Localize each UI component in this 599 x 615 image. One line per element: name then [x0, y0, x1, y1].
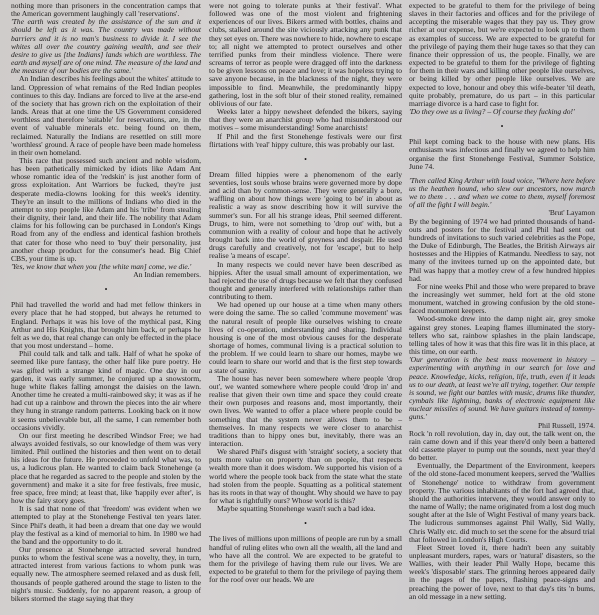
paragraph: We had opened up our house at a time whe…: [209, 301, 402, 374]
paragraph: For nine weeks Phil and those who were p…: [409, 283, 595, 316]
paragraph: Dream filled hippies were a phenomenom o…: [209, 171, 402, 261]
paragraph: expected to be grateful to them for the …: [409, 2, 595, 108]
paragraph: We shared Phil's disgust with 'straight'…: [209, 448, 402, 505]
paragraph: Phil had travelled the world and had met…: [11, 301, 201, 350]
section-separator-bullet: •: [209, 149, 402, 171]
book-page: nothing more than prisoners in the conce…: [0, 0, 599, 615]
paragraph: The house has never been somewhere where…: [209, 375, 402, 448]
paragraph: Fleet Street loved it, there hadn't been…: [409, 544, 595, 601]
column-left: nothing more than prisoners in the conce…: [11, 2, 201, 603]
paragraph: Phil kept coming back to the house with …: [409, 138, 595, 171]
paragraph: If Phil and the first Stonehenge festiva…: [209, 133, 402, 149]
paragraph: Rock 'n roll revolution, day in, day out…: [409, 430, 595, 463]
paragraph: Weeks later a hippy newsheet defended th…: [209, 108, 402, 132]
section-separator-bullet: •: [11, 279, 201, 301]
block-quote: 'The earth was created by the assistance…: [11, 18, 201, 75]
paragraph: This race that possessed such ancient an…: [11, 157, 201, 263]
section-separator-bullet: •: [209, 513, 402, 535]
column-middle: were not going to tolerate punks at 'the…: [209, 2, 402, 584]
block-quote: 'Do they owe us a living? – Of course th…: [409, 108, 595, 116]
paragraph: It is sad that none of that 'freedom' wa…: [11, 505, 201, 546]
paragraph: By the beginning of 1974 we had printed …: [409, 218, 595, 283]
paragraph: were not going to tolerate punks at 'the…: [209, 2, 402, 108]
block-quote: 'Our generation is the best mass movemen…: [409, 356, 595, 421]
paragraph: The lives of millions upon millions of p…: [209, 535, 402, 584]
paragraph: Wood-smoke drew into the damp night air,…: [409, 315, 595, 356]
paragraph: Our presence at Stonehenge attracted sev…: [11, 546, 201, 603]
paragraph: In many respects we could never have bee…: [209, 261, 402, 302]
column-right: expected to be grateful to them for the …: [409, 2, 595, 601]
paragraph: On our first meeting he described Windso…: [11, 432, 201, 505]
paragraph: An Indian describes his feelings about t…: [11, 75, 201, 157]
paragraph: nothing more than prisoners in the conce…: [11, 2, 201, 18]
section-separator-bullet: •: [409, 116, 595, 138]
paragraph: Eventually, the Department of the Enviro…: [409, 462, 595, 544]
block-quote: 'Then called King Arthur with loud voice…: [409, 177, 595, 210]
quote-attribution: An Indian remembers.: [11, 271, 201, 279]
paragraph: Maybe squatting Stonehenge wasn't such a…: [209, 505, 402, 513]
paragraph: Phil could talk and talk and talk. Half …: [11, 350, 201, 432]
